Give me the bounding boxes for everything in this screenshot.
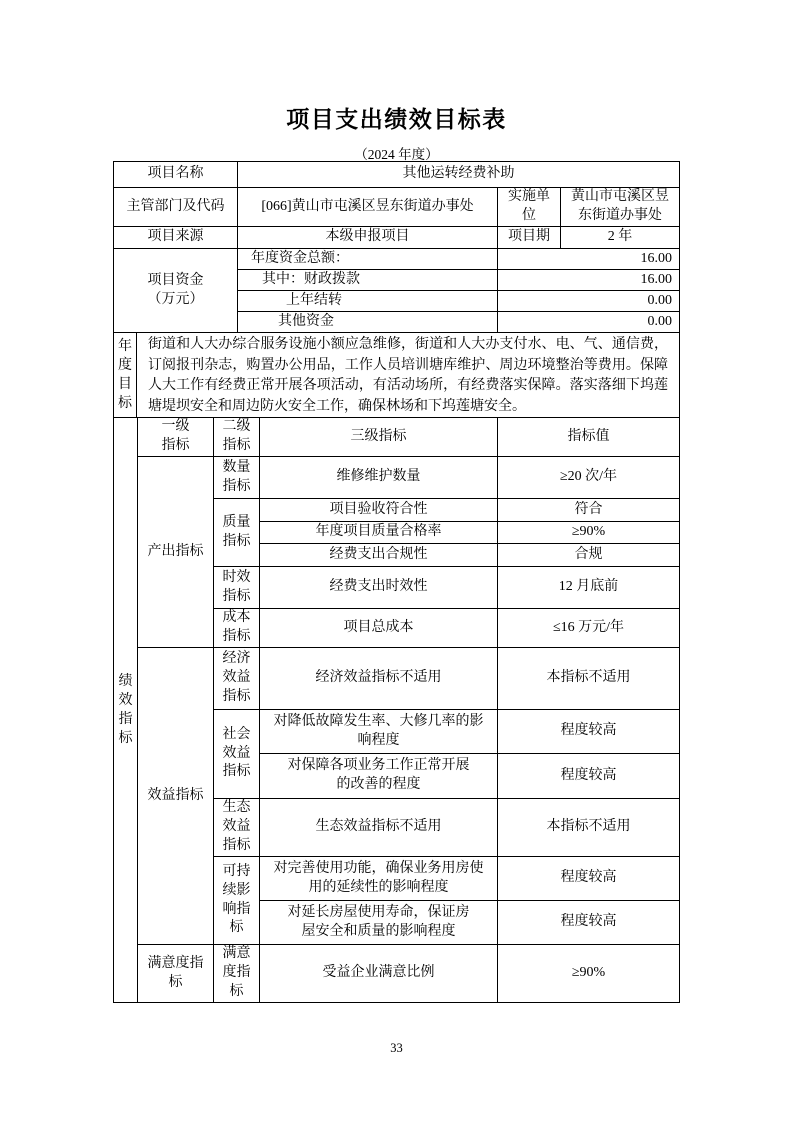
level2-quality: 质量 指标	[214, 499, 260, 567]
level1-benefit-indicators: 效益指标	[138, 648, 214, 945]
funds-row-label: 年度资金总额：	[238, 249, 498, 270]
indicator-value: 本指标不适用	[498, 799, 679, 857]
indicator-name: 年度项目质量合格率	[260, 522, 498, 544]
funds-row-value: 16.00	[498, 249, 679, 270]
indicator-value: 合规	[498, 544, 679, 567]
page-title: 项目支出绩效目标表	[0, 101, 793, 134]
indicator-name: 受益企业满意比例	[260, 945, 498, 1002]
funds-row-label: 其中：财政拨款	[238, 270, 498, 291]
level1-output-indicators: 产出指标	[138, 457, 214, 648]
level2-satisfaction: 满意 度指 标	[214, 945, 260, 1002]
funds-label: 项目资金 （万元）	[114, 249, 238, 333]
annual-goal-section: 年度目标 街道和人大办综合服务设施小额应急维修，街道和人大办支付水、电、气、通信…	[114, 333, 679, 418]
indicators-section: 绩效指标 一级 指标 二级 指标 三级指标 指标值 产出指标 效益指标 满意度指…	[114, 418, 679, 1002]
indicator-value: 程度较高	[498, 710, 679, 754]
indicator-value: 程度较高	[498, 754, 679, 799]
project-info-section: 项目名称 其他运转经费补助 主管部门及代码 [066]黄山市屯溪区昱东街道办事处…	[114, 162, 679, 249]
funds-row-label: 上年结转	[238, 291, 498, 312]
indicator-name: 经费支出时效性	[260, 567, 498, 609]
header-value: 指标值	[498, 418, 679, 457]
indicator-name: 项目验收符合性	[260, 499, 498, 522]
page-subtitle: （2024 年度）	[0, 143, 793, 163]
indicator-value: 程度较高	[498, 857, 679, 901]
period-label: 项目期	[498, 227, 561, 249]
indicator-value: ≥90%	[498, 522, 679, 544]
funds-row-value: 0.00	[498, 291, 679, 312]
impl-unit-value: 黄山市屯溪区昱 东街道办事处	[561, 188, 679, 227]
project-name-value: 其他运转经费补助	[238, 162, 679, 188]
annual-goal-label-text: 年度目标	[118, 337, 133, 413]
header-level2: 二级 指标	[214, 418, 260, 457]
funds-row-label: 其他资金	[238, 312, 498, 333]
annual-goal-text-cell: 街道和人大办综合服务设施小额应急维修，街道和人大办支付水、电、气、通信费，订阅报…	[137, 333, 679, 418]
annual-goal-label: 年度目标	[114, 333, 137, 418]
level2-social-benefit: 社会 效益 指标	[214, 710, 260, 799]
indicator-name: 项目总成本	[260, 609, 498, 648]
indicators-section-label-text: 绩效指标	[118, 672, 133, 748]
indicator-name: 经济效益指标不适用	[260, 648, 498, 710]
funds-row-value: 0.00	[498, 312, 679, 333]
level2-ecological-benefit: 生态 效益 指标	[214, 799, 260, 857]
indicator-name: 对降低故障发生率、大修几率的影响程度	[260, 710, 498, 754]
level2-cost: 成本 指标	[214, 609, 260, 648]
indicator-name: 对延长房屋使用寿命，保证房屋安全和质量的影响程度	[260, 901, 498, 945]
header-level1: 一级 指标	[138, 418, 214, 457]
indicator-value: 本指标不适用	[498, 648, 679, 710]
level2-quantity: 数量 指标	[214, 457, 260, 499]
level2-sustainable-impact: 可持 续影 响指 标	[214, 857, 260, 945]
header-level3: 三级指标	[260, 418, 498, 457]
source-value: 本级申报项目	[238, 227, 498, 249]
project-name-label: 项目名称	[114, 162, 238, 188]
indicator-value: ≥20 次/年	[498, 457, 679, 499]
indicator-name: 生态效益指标不适用	[260, 799, 498, 857]
dept-label: 主管部门及代码	[114, 188, 238, 227]
indicator-value: 12 月底前	[498, 567, 679, 609]
indicator-value: ≤16 万元/年	[498, 609, 679, 648]
performance-target-table: 项目名称 其他运转经费补助 主管部门及代码 [066]黄山市屯溪区昱东街道办事处…	[113, 161, 680, 1003]
dept-value: [066]黄山市屯溪区昱东街道办事处	[238, 188, 498, 227]
indicator-value: 程度较高	[498, 901, 679, 945]
indicator-name: 经费支出合规性	[260, 544, 498, 567]
level2-economic-benefit: 经济 效益 指标	[214, 648, 260, 710]
page-number: 33	[0, 1041, 793, 1056]
document-page: 项目支出绩效目标表 （2024 年度） 项目名称 其他运转经费补助 主管部门及代…	[0, 0, 793, 1122]
indicator-name: 对保障各项业务工作正常开展的改善的程度	[260, 754, 498, 799]
level2-timeliness: 时效 指标	[214, 567, 260, 609]
period-value: 2 年	[561, 227, 679, 249]
project-funds-section: 项目资金 （万元） 年度资金总额： 16.00 其中：财政拨款 16.00 上年…	[114, 249, 679, 333]
impl-unit-label: 实施单 位	[498, 188, 561, 227]
indicator-name: 维修维护数量	[260, 457, 498, 499]
indicator-name: 对完善使用功能，确保业务用房使用的延续性的影响程度	[260, 857, 498, 901]
indicator-value: 符合	[498, 499, 679, 522]
indicators-section-label: 绩效指标	[114, 418, 138, 1002]
annual-goal-text: 街道和人大办综合服务设施小额应急维修，街道和人大办支付水、电、气、通信费，订阅报…	[139, 333, 677, 418]
source-label: 项目来源	[114, 227, 238, 249]
funds-row-value: 16.00	[498, 270, 679, 291]
level1-satisfaction-indicators: 满意度指 标	[138, 945, 214, 1002]
indicator-value: ≥90%	[498, 945, 679, 1002]
